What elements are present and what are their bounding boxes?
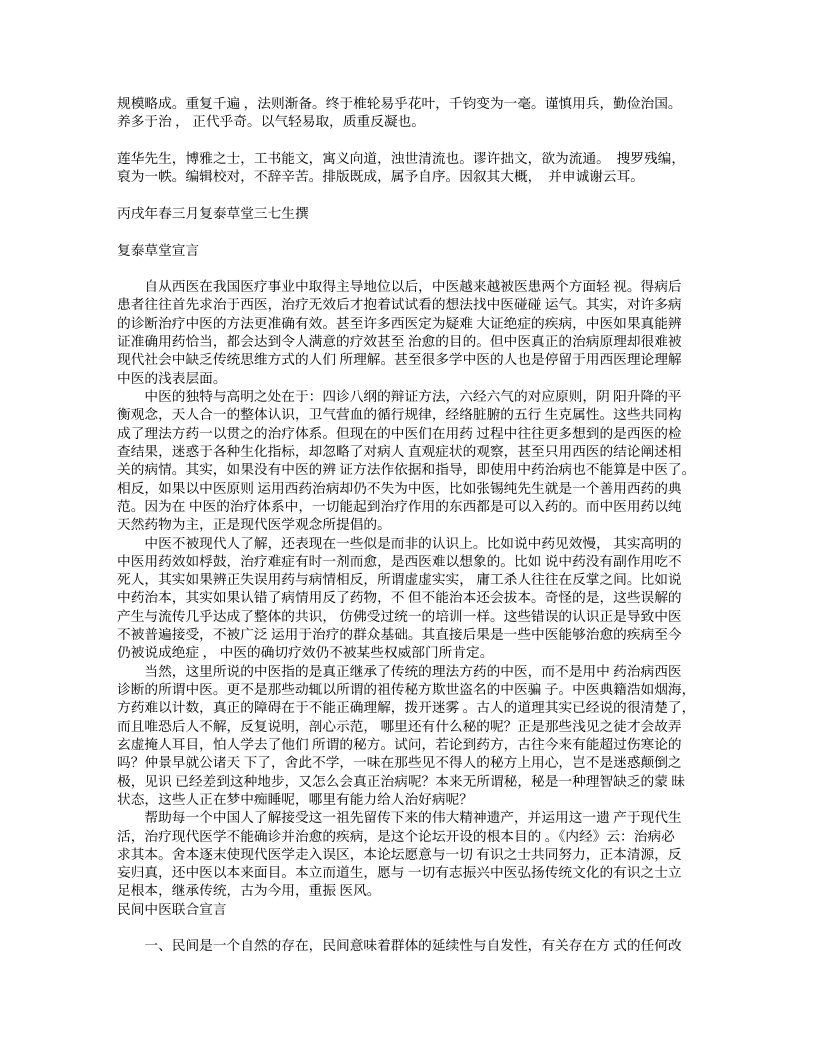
text-line: 死人，其实如果辨正失误用药与病情相反，所谓虚虚实实， 庸工杀人往往在反掌之间。比… <box>117 571 727 589</box>
text-line: 一、民间是一个自然的存在，民间意味着群体的延续性与自发性，有关存在方 式的任何改 <box>117 937 727 955</box>
text-line: 成了理法方药一以贯之的治疗体系。但现在的中医们在用药 过程中往往更多想到的是西医… <box>117 425 727 443</box>
text-line: 关的病情。其实，如果没有中医的辨 证方法作依据和指导，即使用中药治病也不能算是中… <box>117 461 727 479</box>
text-line: 方药难以计数，真正的障碍在于不能正确理解，拨开迷雾 。古人的道理其实已经说的很清… <box>117 699 727 717</box>
document-text: 规模略成。重复千遍 ，法则渐备。终于椎轮易乎花叶，千钧变为一毫。谨慎用兵，勤俭治… <box>117 95 727 956</box>
text-line: 帮助每一个中国人了解接受这一祖先留传下来的伟大精神遗产，并运用这一遗 产于现代生 <box>117 809 727 827</box>
text-line: 极，见识 已经差到这种地步，又怎么会真正治病呢？本来无所谓秘，秘是一种理智缺乏的… <box>117 773 727 791</box>
text-line: 而且唯恐后人不解，反复说明，剖心示范， 哪里还有什么秘的呢？正是那些浅见之徒才会… <box>117 718 727 736</box>
text-line: 产生与流传几乎达成了整体的共识， 仿佛受过统一的培训一样。这些错误的认识正是导致… <box>117 608 727 626</box>
text-line: 范。因为在 中医的治疗体系中，一切能起到治疗作用的东西都是可以入药的。而中医用药… <box>117 498 727 516</box>
text-line: 求其本。舍本逐末使现代医学走入误区，本论坛愿意与一切 有识之士共同努力，正本清源… <box>117 846 727 864</box>
text-line: 患者往往首先求治于西医，治疗无效后才抱着试试看的想法找中医碰碰 运气。其实，对许… <box>117 296 727 314</box>
text-line: 养多于治 ， 正代乎奇。以气轻易取，质重反凝也。 <box>117 113 727 131</box>
blank-line <box>117 260 727 278</box>
text-line: 莲华先生，博雅之士，工书能文，寓义向道，浊世清流也。谬许拙文，欲为流通。 搜罗残… <box>117 150 727 168</box>
text-line: 丙戌年春三月复泰草堂三七生撰 <box>117 205 727 223</box>
text-line: 中医的独特与高明之处在于：四诊八纲的辩证方法，六经六气的对应原则，阴 阳升降的平 <box>117 388 727 406</box>
text-line: 吗？仲景早就公诸天 下了，舍此不学，一味在那些见不得人的秘方上用心，岂不是迷惑颠… <box>117 754 727 772</box>
text-line: 查结果，迷惑于各种生化指标，却忽略了对病人 直观症状的观察，甚至只用西医的结论阐… <box>117 443 727 461</box>
text-line: 玄虚掩人耳目，怕人学去了他们 所谓的秘方。试问，若论到药方，古往今来有能超过伤寒… <box>117 736 727 754</box>
text-line: 状态，这些人正在梦中痴睡呢，哪里有能力给人治好病呢？ <box>117 791 727 809</box>
text-line: 活，治疗现代医学不能确诊并治愈的疾病，是这个论坛开设的根本目的 。《内经》云：治… <box>117 828 727 846</box>
text-line: 当然，这里所说的中医指的是真正继承了传统的理法方药的中医，而不是用中 药治病西医 <box>117 663 727 681</box>
text-line: 诊断的所谓中医。更不是那些动辄以所谓的祖传秘方欺世盗名的中医骗 子。中医典籍浩如… <box>117 681 727 699</box>
text-line: 规模略成。重复千遍 ，法则渐备。终于椎轮易乎花叶，千钧变为一毫。谨慎用兵，勤俭治… <box>117 95 727 113</box>
text-line: 裒为一帙。编辑校对，不辞辛苦。排版既成，属予自序。因叙其大概， 并申诚谢云耳。 <box>117 168 727 186</box>
text-line: 不被普遍接受，不被广泛 运用于治疗的群众基础。其直接后果是一些中医能够治愈的疾病… <box>117 626 727 644</box>
text-line: 的诊断治疗中医的方法更准确有效。甚至许多西医定为疑难 大证绝症的疾病，中医如果真… <box>117 315 727 333</box>
text-line: 复泰草堂宣言 <box>117 242 727 260</box>
text-line: 证准确用药恰当，都会达到令人满意的疗效甚至 治愈的目的。但中医真正的治病原理却很… <box>117 333 727 351</box>
text-line: 妄归真，还中医以本来面目。本立而道生，愿与 一切有志振兴中医弘扬传统文化的有识之… <box>117 864 727 882</box>
document-page: 规模略成。重复千遍 ，法则渐备。终于椎轮易乎花叶，千钧变为一毫。谨慎用兵，勤俭治… <box>0 0 816 1056</box>
text-line: 仍被说成绝症 ， 中医的确切疗效仍不被某些权威部门所肯定。 <box>117 644 727 662</box>
blank-line <box>117 132 727 150</box>
text-line: 天然药物为主，正是现代医学观念所提倡的。 <box>117 516 727 534</box>
blank-line <box>117 919 727 937</box>
text-line: 相反，如果以中医原则 运用西药治病却仍不失为中医，比如张锡纯先生就是一个善用西药… <box>117 480 727 498</box>
text-line: 民间中医联合宣言 <box>117 901 727 919</box>
text-line: 中医用药效如桴鼓，治疗难症有时一剂而愈，是西医难以想象的。比如 说中药没有副作用… <box>117 553 727 571</box>
blank-line <box>117 223 727 241</box>
text-line: 中医的浅表层面。 <box>117 370 727 388</box>
text-line: 中药治本，其实如果认错了病情用反了药物，不 但不能治本还会拔本。奇怪的是，这些误… <box>117 589 727 607</box>
text-line: 现代社会中缺乏传统思维方式的人们 所理解。甚至很多学中医的人也是停留于用西医理论… <box>117 351 727 369</box>
blank-line <box>117 187 727 205</box>
text-line: 衡观念，天人合一的整体认识，卫气营血的循行规律，经络脏腑的五行 生克属性。这些共… <box>117 406 727 424</box>
text-line: 中医不被现代人了解，还表现在一些似是而非的认识上。比如说中药见效慢， 其实高明的 <box>117 535 727 553</box>
text-line: 足根本，继承传统，古为今用，重振 医风。 <box>117 882 727 900</box>
text-line: 自从西医在我国医疗事业中取得主导地位以后，中医越来越被医患两个方面轻 视。得病后 <box>117 278 727 296</box>
